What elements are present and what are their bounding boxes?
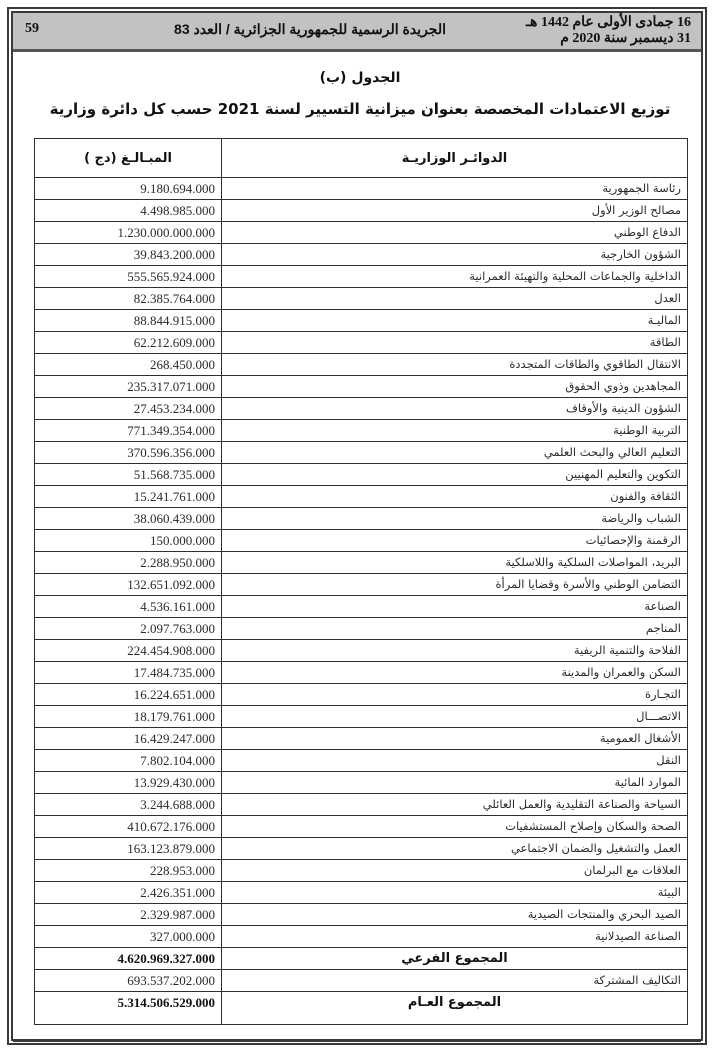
table-row: التعليم العالي والبحث العلمي370.596.356.… <box>35 442 688 464</box>
subtotal-row: المجموع الفرعي 4.620.969.327.000 <box>35 948 688 970</box>
department-name: البريد، المواصلات السلكية واللاسلكية <box>222 552 688 574</box>
allocation-amount: 555.565.924.000 <box>35 266 222 288</box>
allocation-amount: 13.929.430.000 <box>35 772 222 794</box>
allocation-amount: 2.288.950.000 <box>35 552 222 574</box>
allocation-amount: 7.802.104.000 <box>35 750 222 772</box>
table-caption: الجدول (ب) <box>0 70 720 86</box>
grand-total-label: المجموع العـام <box>222 992 688 1025</box>
department-name: الاتصـــال <box>222 706 688 728</box>
common-charges-row: التكاليف المشتركة 693.537.202.000 <box>35 970 688 992</box>
table-body: رئاسة الجمهورية9.180.694.000مصالح الوزير… <box>35 178 688 948</box>
table-row: الداخلية والجماعات المحلية والتهيئة العم… <box>35 266 688 288</box>
department-name: الصيد البحري والمنتجات الصيدية <box>222 904 688 926</box>
department-name: الفلاحة والتنمية الريفية <box>222 640 688 662</box>
department-name: الموارد المائية <box>222 772 688 794</box>
table-row: السكن والعمران والمدينة17.484.735.000 <box>35 662 688 684</box>
common-charges-amount: 693.537.202.000 <box>35 970 222 992</box>
masthead-date: 16 جمادى الأولى عام 1442 هـ 31 ديسمبر سن… <box>526 15 691 47</box>
department-name: العلاقات مع البرلمان <box>222 860 688 882</box>
table-row: الرقمنة والإحصائيات150.000.000 <box>35 530 688 552</box>
allocation-amount: 4.498.985.000 <box>35 200 222 222</box>
table-row: العدل82.385.764.000 <box>35 288 688 310</box>
table-row: العمل والتشغيل والضمان الاجتماعي163.123.… <box>35 838 688 860</box>
allocation-amount: 2.329.987.000 <box>35 904 222 926</box>
department-name: العدل <box>222 288 688 310</box>
gazette-masthead: 16 جمادى الأولى عام 1442 هـ 31 ديسمبر سن… <box>13 13 701 52</box>
allocation-amount: 132.651.092.000 <box>35 574 222 596</box>
table-row: الأشغال العمومية16.429.247.000 <box>35 728 688 750</box>
department-name: المجاهدين وذوي الحقوق <box>222 376 688 398</box>
department-name: الصناعة <box>222 596 688 618</box>
department-name: الأشغال العمومية <box>222 728 688 750</box>
department-name: السياحة والصناعة التقليدية والعمل العائل… <box>222 794 688 816</box>
department-name: التجـارة <box>222 684 688 706</box>
department-name: التربية الوطنية <box>222 420 688 442</box>
allocation-amount: 1.230.000.000.000 <box>35 222 222 244</box>
allocation-amount: 27.453.234.000 <box>35 398 222 420</box>
table-row: البريد، المواصلات السلكية واللاسلكية2.28… <box>35 552 688 574</box>
table-row: المجاهدين وذوي الحقوق235.317.071.000 <box>35 376 688 398</box>
table-header-row: الدوائـر الوزاريـة المبـالـغ (دج ) <box>35 139 688 178</box>
allocation-amount: 9.180.694.000 <box>35 178 222 200</box>
date-hijri: 16 جمادى الأولى عام 1442 هـ <box>526 15 691 31</box>
table-row: النقل7.802.104.000 <box>35 750 688 772</box>
department-name: المناجم <box>222 618 688 640</box>
table-row: البيئة2.426.351.000 <box>35 882 688 904</box>
allocation-amount: 4.536.161.000 <box>35 596 222 618</box>
table-row: الشؤون الخارجية39.843.200.000 <box>35 244 688 266</box>
budget-allocation-table: الدوائـر الوزاريـة المبـالـغ (دج ) رئاسة… <box>34 138 688 1025</box>
allocation-amount: 38.060.439.000 <box>35 508 222 530</box>
department-name: التكوين والتعليم المهنيين <box>222 464 688 486</box>
department-name: الدفاع الوطني <box>222 222 688 244</box>
table-row: الدفاع الوطني1.230.000.000.000 <box>35 222 688 244</box>
department-name: التعليم العالي والبحث العلمي <box>222 442 688 464</box>
allocation-amount: 771.349.354.000 <box>35 420 222 442</box>
allocation-amount: 18.179.761.000 <box>35 706 222 728</box>
table-row: الصيد البحري والمنتجات الصيدية2.329.987.… <box>35 904 688 926</box>
department-name: الداخلية والجماعات المحلية والتهيئة العم… <box>222 266 688 288</box>
allocation-amount: 16.429.247.000 <box>35 728 222 750</box>
department-name: الانتقال الطاقوي والطاقات المتجددة <box>222 354 688 376</box>
table-row: العلاقات مع البرلمان228.953.000 <box>35 860 688 882</box>
allocation-amount: 268.450.000 <box>35 354 222 376</box>
allocation-amount: 16.224.651.000 <box>35 684 222 706</box>
allocation-amount: 82.385.764.000 <box>35 288 222 310</box>
common-charges-label: التكاليف المشتركة <box>222 970 688 992</box>
department-name: السكن والعمران والمدينة <box>222 662 688 684</box>
page-bottom-rule <box>13 1040 701 1044</box>
allocation-amount: 228.953.000 <box>35 860 222 882</box>
table-row: مصالح الوزير الأول4.498.985.000 <box>35 200 688 222</box>
table-row: الماليـة88.844.915.000 <box>35 310 688 332</box>
subtotal-label: المجموع الفرعي <box>222 948 688 970</box>
allocation-amount: 88.844.915.000 <box>35 310 222 332</box>
department-name: الصناعة الصيدلانية <box>222 926 688 948</box>
date-gregorian: 31 ديسمبر سنة 2020 م <box>526 31 691 47</box>
grand-total-row: المجموع العـام 5.314.506.529.000 <box>35 992 688 1025</box>
table-row: الطاقة62.212.609.000 <box>35 332 688 354</box>
department-name: الرقمنة والإحصائيات <box>222 530 688 552</box>
allocation-amount: 224.454.908.000 <box>35 640 222 662</box>
table-row: الفلاحة والتنمية الريفية224.454.908.000 <box>35 640 688 662</box>
table-row: رئاسة الجمهورية9.180.694.000 <box>35 178 688 200</box>
allocation-amount: 235.317.071.000 <box>35 376 222 398</box>
department-name: الطاقة <box>222 332 688 354</box>
department-name: الماليـة <box>222 310 688 332</box>
table-row: الثقافة والفنون15.241.761.000 <box>35 486 688 508</box>
allocation-amount: 370.596.356.000 <box>35 442 222 464</box>
table-row: التضامن الوطني والأسرة وقضايا المرأة132.… <box>35 574 688 596</box>
allocation-amount: 62.212.609.000 <box>35 332 222 354</box>
department-name: الصحة والسكان وإصلاح المستشفيات <box>222 816 688 838</box>
table-row: التكوين والتعليم المهنيين51.568.735.000 <box>35 464 688 486</box>
table-row: الشؤون الدينية والأوقاف27.453.234.000 <box>35 398 688 420</box>
department-name: البيئة <box>222 882 688 904</box>
table-row: الانتقال الطاقوي والطاقات المتجددة268.45… <box>35 354 688 376</box>
header-department: الدوائـر الوزاريـة <box>222 139 688 178</box>
department-name: الشباب والرياضة <box>222 508 688 530</box>
allocation-amount: 51.568.735.000 <box>35 464 222 486</box>
allocation-amount: 163.123.879.000 <box>35 838 222 860</box>
allocation-amount: 3.244.688.000 <box>35 794 222 816</box>
grand-total-amount: 5.314.506.529.000 <box>35 992 222 1025</box>
table-row: الموارد المائية13.929.430.000 <box>35 772 688 794</box>
table-row: الصناعة4.536.161.000 <box>35 596 688 618</box>
table-row: المناجم2.097.763.000 <box>35 618 688 640</box>
table-row: الصناعة الصيدلانية327.000.000 <box>35 926 688 948</box>
table-row: السياحة والصناعة التقليدية والعمل العائل… <box>35 794 688 816</box>
table-row: التجـارة16.224.651.000 <box>35 684 688 706</box>
department-name: مصالح الوزير الأول <box>222 200 688 222</box>
allocation-amount: 150.000.000 <box>35 530 222 552</box>
department-name: العمل والتشغيل والضمان الاجتماعي <box>222 838 688 860</box>
subtotal-amount: 4.620.969.327.000 <box>35 948 222 970</box>
allocation-amount: 2.097.763.000 <box>35 618 222 640</box>
allocation-amount: 17.484.735.000 <box>35 662 222 684</box>
table-row: الاتصـــال18.179.761.000 <box>35 706 688 728</box>
department-name: الشؤون الخارجية <box>222 244 688 266</box>
allocation-amount: 2.426.351.000 <box>35 882 222 904</box>
gazette-title: الجريدة الرسمية للجمهورية الجزائرية / ال… <box>174 21 446 38</box>
allocation-amount: 327.000.000 <box>35 926 222 948</box>
department-name: النقل <box>222 750 688 772</box>
table-row: الشباب والرياضة38.060.439.000 <box>35 508 688 530</box>
allocation-amount: 15.241.761.000 <box>35 486 222 508</box>
page-number: 59 <box>25 21 39 37</box>
allocation-amount: 39.843.200.000 <box>35 244 222 266</box>
department-name: الشؤون الدينية والأوقاف <box>222 398 688 420</box>
table-title: توزيع الاعتمادات المخصصة بعنوان ميزانية … <box>0 100 720 118</box>
table-row: الصحة والسكان وإصلاح المستشفيات410.672.1… <box>35 816 688 838</box>
header-amount: المبـالـغ (دج ) <box>35 139 222 178</box>
department-name: الثقافة والفنون <box>222 486 688 508</box>
department-name: التضامن الوطني والأسرة وقضايا المرأة <box>222 574 688 596</box>
table-row: التربية الوطنية771.349.354.000 <box>35 420 688 442</box>
department-name: رئاسة الجمهورية <box>222 178 688 200</box>
allocation-amount: 410.672.176.000 <box>35 816 222 838</box>
